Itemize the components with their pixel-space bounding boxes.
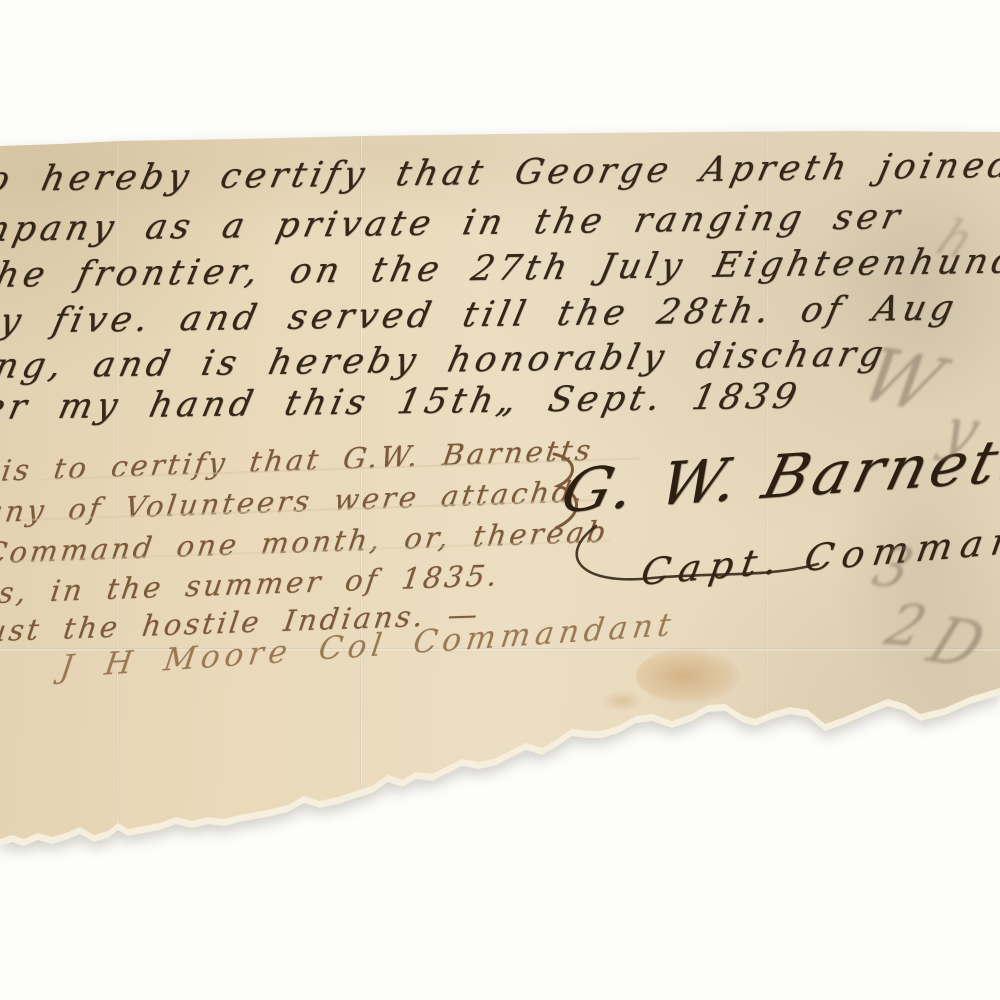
- handwriting-line-2: mpany as a private in the ranging ser: [0, 197, 908, 250]
- paper-surface: o hereby certify that George Apreth join…: [0, 0, 1000, 1000]
- paper-fragment: o hereby certify that George Apreth join…: [0, 0, 1000, 1000]
- stain: [636, 648, 740, 704]
- document-photo: o hereby certify that George Apreth join…: [0, 0, 1000, 1000]
- handwriting-line-4: ty five. and served till the 28th. of Au…: [0, 288, 962, 342]
- stain: [600, 690, 644, 712]
